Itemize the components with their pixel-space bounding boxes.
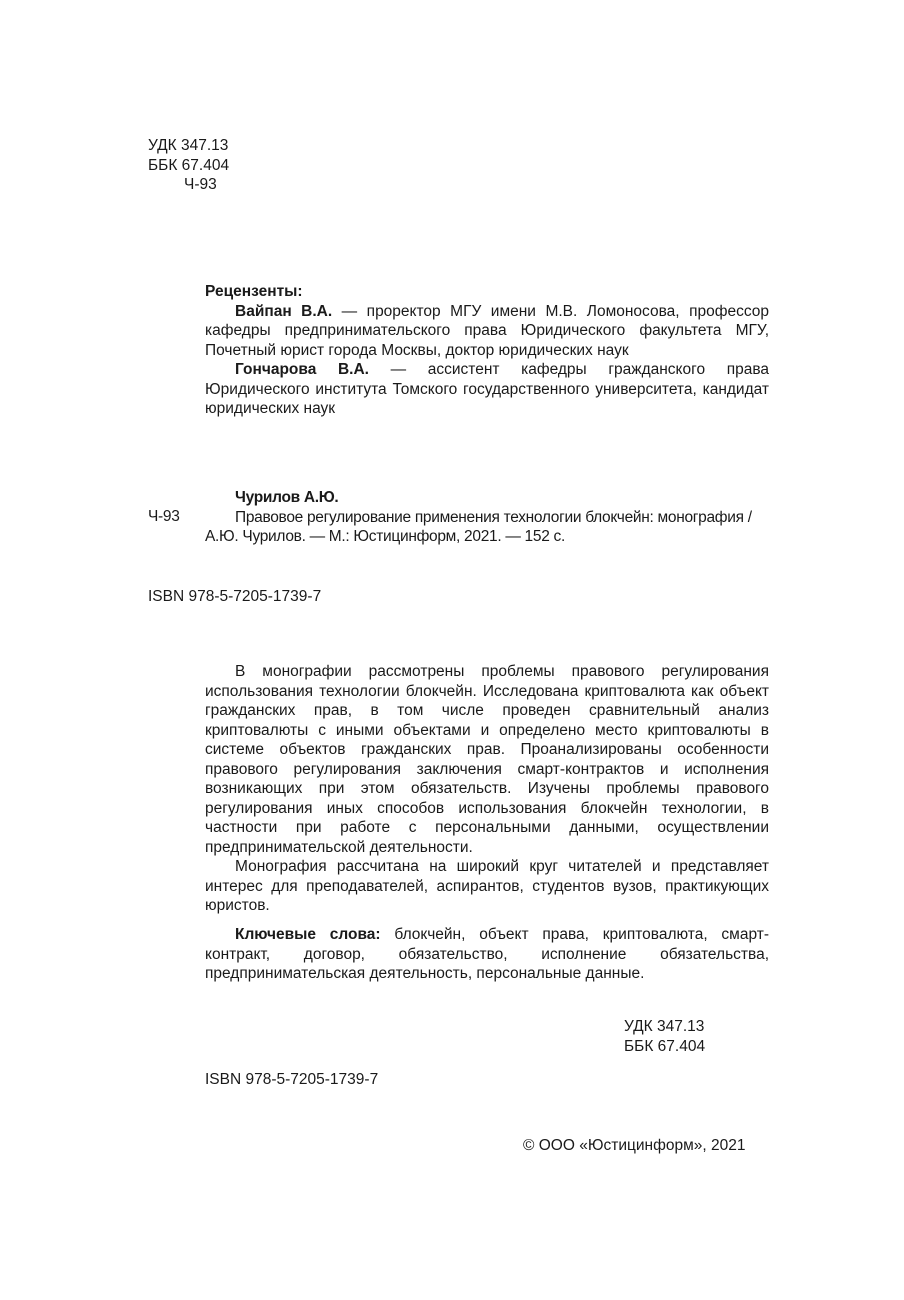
bibliographic-description: Правовое регулирование применения технол… — [205, 508, 769, 547]
reviewer-2: Гончарова В.А. — ассистент кафедры гражд… — [205, 360, 769, 419]
footer-codes: УДК 347.13 ББК 67.404 — [624, 1017, 705, 1056]
classification-codes: УДК 347.13 ББК 67.404 Ч-93 — [148, 136, 229, 195]
reviewers-section: Рецензенты: Вайпан В.А. — проректор МГУ … — [205, 282, 769, 419]
abstract-paragraph: В монографии рассмотрены проблемы правов… — [205, 662, 769, 857]
keywords-label: Ключевые слова: — [235, 926, 381, 943]
bbk-code: ББК 67.404 — [148, 156, 229, 176]
reviewer-1: Вайпан В.А. — проректор МГУ имени М.В. Л… — [205, 302, 769, 361]
isbn-top: ISBN 978-5-7205-1739-7 — [148, 587, 321, 607]
udk-code: УДК 347.13 — [148, 136, 229, 156]
footer-udk: УДК 347.13 — [624, 1017, 705, 1037]
author-name: Чурилов А.Ю. — [205, 488, 769, 508]
footer-bbk: ББК 67.404 — [624, 1037, 705, 1057]
abstract-paragraph: Монография рассчитана на широкий круг чи… — [205, 857, 769, 916]
keywords: Ключевые слова: блокчейн, объект права, … — [205, 925, 769, 984]
bibliographic-entry: Чурилов А.Ю. Правовое регулирование прим… — [205, 488, 769, 547]
cutter-code: Ч-93 — [148, 175, 229, 195]
abstract: В монографии рассмотрены проблемы правов… — [205, 662, 769, 916]
reviewers-heading: Рецензенты: — [205, 282, 769, 302]
reviewer-name: Вайпан В.А. — [235, 303, 332, 320]
isbn-bottom: ISBN 978-5-7205-1739-7 — [205, 1070, 378, 1090]
reviewer-name: Гончарова В.А. — [235, 361, 369, 378]
copyright: © ООО «Юстицинформ», 2021 — [523, 1136, 745, 1156]
bibliographic-cutter: Ч-93 — [148, 507, 180, 527]
